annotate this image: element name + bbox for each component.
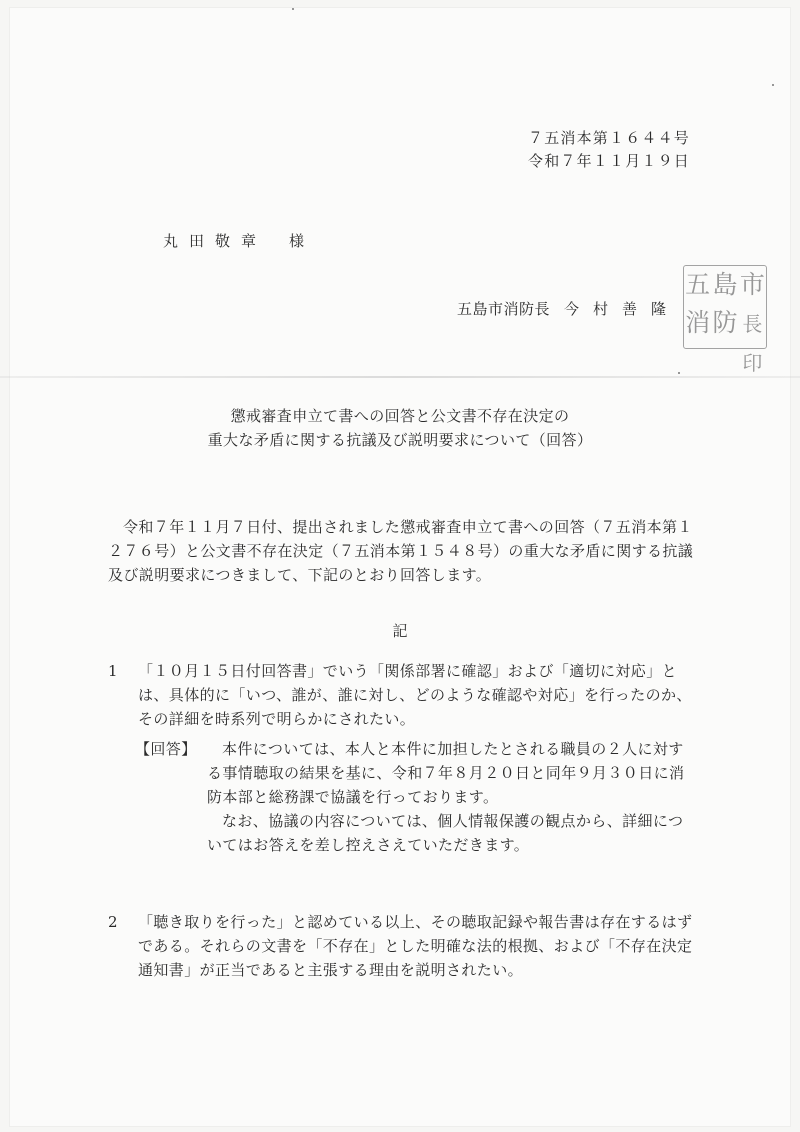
document-number: ７五消本第１６４４号 — [528, 129, 690, 147]
sender-title: 五島市消防長 — [457, 300, 550, 318]
request-item-1: 1 「１０月１５日付回答書」でいう「関係部署に確認」および「適切に対応」とは、具… — [108, 659, 708, 731]
seal-char: 五 — [684, 266, 711, 304]
scan-speck — [292, 8, 294, 10]
scan-speck — [678, 372, 680, 374]
seal-char: 長印 — [739, 304, 766, 382]
document-title: 懲戒審査申立て書への回答と公文書不存在決定の 重大な矛盾に関する抗議及び説明要求… — [0, 404, 800, 452]
seal-char: 島 — [711, 266, 738, 304]
request-item-2: 2 「聴き取りを行った」と認めている以上、その聴取記録や報告書は存在するはずであ… — [108, 910, 708, 982]
scan-speck — [772, 84, 774, 86]
item-text: 「聴き取りを行った」と認めている以上、その聴取記録や報告書は存在するはずである。… — [138, 910, 698, 982]
answer-paragraph-2: なお、協議の内容については、個人情報保護の観点から、詳細についてはお答えを差し控… — [207, 809, 695, 857]
seal-char: 消 — [684, 304, 711, 382]
item-number: 2 — [108, 910, 138, 982]
intro-paragraph: 令和７年１１月７日付、提出されました懲戒審査申立て書への回答（７五消本第１２７６… — [108, 515, 698, 587]
ki-heading: 記 — [0, 622, 800, 640]
sender: 五島市消防長今村善隆 — [457, 300, 680, 318]
sender-name: 今村善隆 — [564, 300, 680, 318]
answer-label: 【回答】 — [135, 737, 197, 761]
official-seal-stamp: 五 島 市 消 防 長印 — [683, 265, 767, 349]
seal-char: 防 — [711, 304, 738, 382]
fold-line — [0, 376, 800, 378]
seal-char: 市 — [739, 266, 766, 304]
answer-paragraph-1: 本件については、本人と本件に加担したとされる職員の２人に対する事情聴取の結果を基… — [207, 737, 695, 809]
item-text: 「１０月１５日付回答書」でいう「関係部署に確認」および「適切に対応」とは、具体的… — [138, 659, 698, 731]
recipient-honorific: 様 — [289, 232, 315, 250]
item-number: 1 — [108, 659, 138, 731]
recipient: 丸田敬章様 — [163, 232, 315, 250]
title-line-2: 重大な矛盾に関する抗議及び説明要求について（回答） — [0, 428, 800, 452]
document-date: 令和７年１１月１９日 — [528, 152, 690, 170]
recipient-name: 丸田敬章 — [163, 232, 267, 250]
title-line-1: 懲戒審査申立て書への回答と公文書不存在決定の — [0, 404, 800, 428]
answer-block-1: 【回答】 本件については、本人と本件に加担したとされる職員の２人に対する事情聴取… — [135, 737, 695, 857]
